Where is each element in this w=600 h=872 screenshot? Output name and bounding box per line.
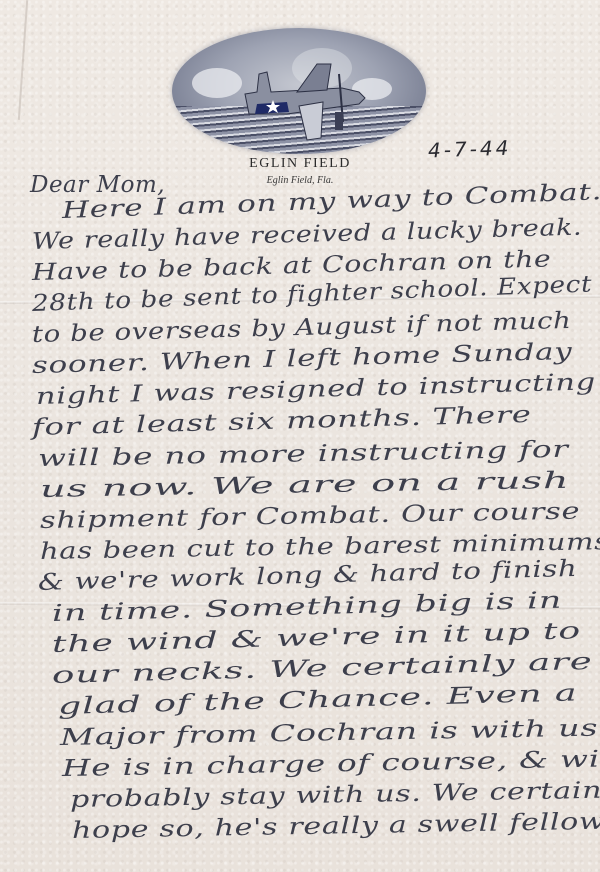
letterhead-emblem (172, 28, 426, 154)
letter-date: 4-7-44 (428, 136, 512, 163)
bomber-plane-icon (227, 52, 377, 142)
